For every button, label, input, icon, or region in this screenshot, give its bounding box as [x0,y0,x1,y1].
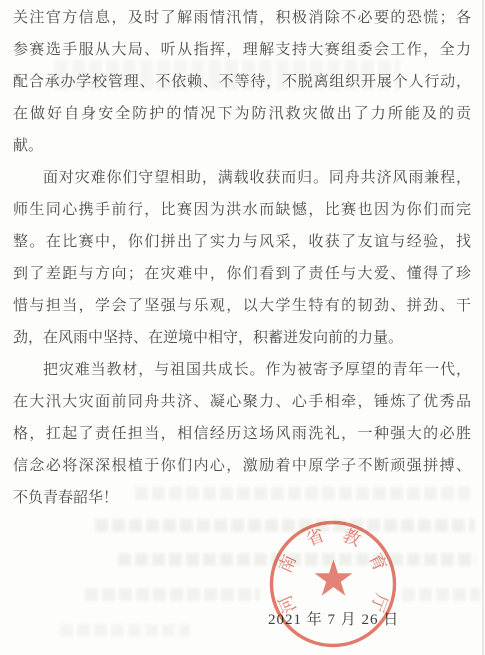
text-line: 到了差距与方向；在灾难中，你们看到了责任与大爱、懂得了珍 [13,258,471,290]
bleedthrough-mark [95,519,475,532]
seal-char: 教 [340,525,364,550]
text-line: 参赛选手服从大局、听从指挥，理解支持大赛组委会工作，全力 [13,34,471,66]
star-icon [315,560,353,596]
text-line: 在做好自身安全防护的情况下为防汛救灾做出了力所能及的贡 [13,98,471,130]
letter-date: 2021 年 7 月 26 日 [268,608,399,629]
text-line: 配合承办学校管理、不依赖、不等待，不脱离组织开展个人行动， [13,66,471,98]
seal-char: 省 [303,525,327,550]
text-line: 格，扛起了责任担当，相信经历这场风雨洗礼，一种强大的必胜 [13,418,471,450]
bleedthrough-mark [60,624,190,637]
text-line: 劲，在风雨中坚持、在逆境中相守，积蓄迸发向前的力量。 [13,322,471,354]
bleedthrough-mark [85,588,260,601]
text-line: 面对灾难你们守望相助，满载收获而归。同舟共济风雨兼程， [13,162,471,194]
text-line: 惜与担当，学会了坚强与乐观，以大学生特有的韧劲、拼劲、干 [13,290,471,322]
bleedthrough-mark [118,553,476,566]
seal-char: 南 [275,552,300,576]
text-line: 在大汛大灾面前同舟共济、凝心聚力、心手相牵，锤炼了优秀品 [13,386,471,418]
text-line: 关注官方信息，及时了解雨情汛情，积极消除不必要的恐慌；各 [13,2,471,34]
scanned-letter-page: 关注官方信息，及时了解雨情汛情，积极消除不必要的恐慌；各 参赛选手服从大局、听从… [0,0,485,655]
text-line: 献。 [13,130,471,162]
scan-edge-artifact [482,0,484,655]
text-line: 不负青春韶华！ [13,482,471,514]
text-line: 整。在比赛中，你们拼出了实力与风采，收获了友谊与经验，找 [13,226,471,258]
official-seal: 河 南 省 教 育 厅 [263,514,403,654]
bleedthrough-mark [402,588,480,601]
text-line: 师生同心携手前行，比赛因为洪水而缺憾，比赛也因为你们而完 [13,194,471,226]
text-line: 信念必将深深根植于你们内心，激励着中原学子不断顽强拼搏、 [13,450,471,482]
letter-body: 关注官方信息，及时了解雨情汛情，积极消除不必要的恐慌；各 参赛选手服从大局、听从… [13,2,471,514]
seal-char: 育 [365,550,391,574]
text-line: 把灾难当教材，与祖国共成长。作为被寄予厚望的青年一代， [13,354,471,386]
